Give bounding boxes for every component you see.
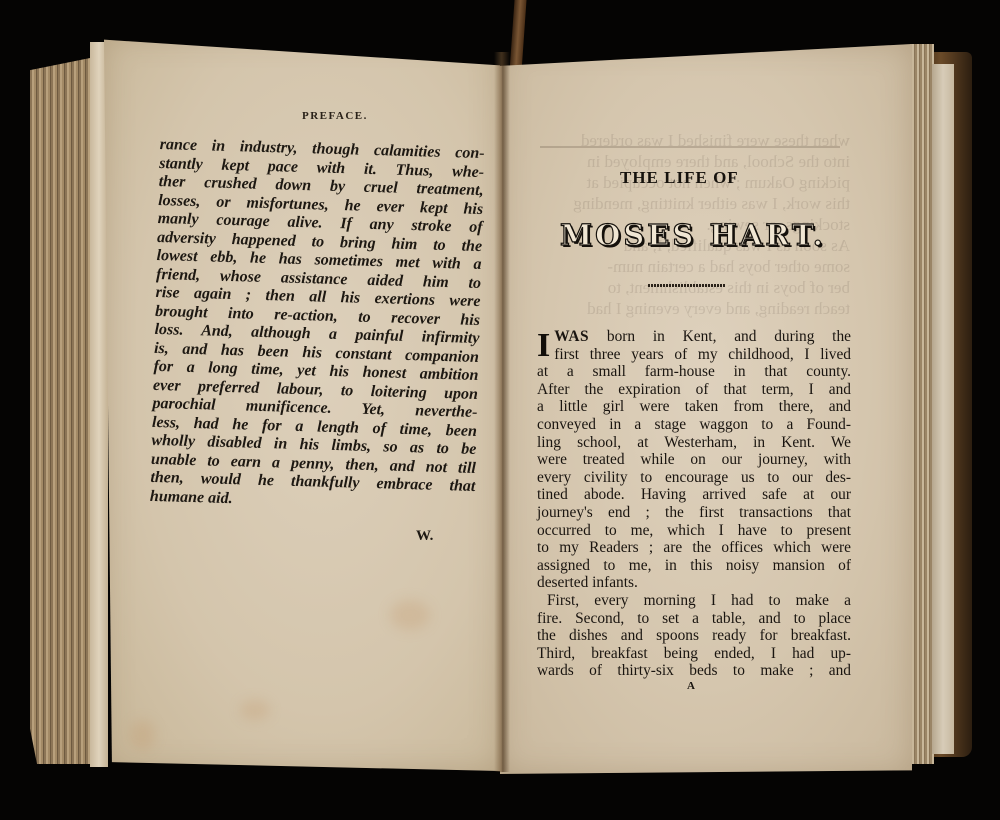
ornamental-rule xyxy=(648,284,726,287)
book-photo: PREFACE. rance in industry, though calam… xyxy=(0,0,1000,820)
text-line: WAS born in Kent, and during the xyxy=(537,328,851,346)
foxing-stain xyxy=(130,720,155,750)
foxing-stain xyxy=(240,700,270,720)
ghost-line: ber of boys in this establishment, to xyxy=(530,277,850,298)
text-line: journey's end ; the first transactions t… xyxy=(537,504,851,522)
text-line: occurred to me, which I have to present xyxy=(537,522,851,540)
text-line: assigned to me, in this noisy mansion of xyxy=(537,557,851,575)
text-fragment: born in Kent, and during the xyxy=(607,328,851,345)
text-line: deserted infants. xyxy=(537,574,851,592)
text-line: a little girl were taken from there, and xyxy=(537,398,851,416)
preface-text: rance in industry, though calamities con… xyxy=(150,136,485,515)
title-the-life-of: THE LIFE OF xyxy=(620,168,739,188)
text-line: Third, breakfast being ended, I had up- xyxy=(537,645,851,663)
first-word: WAS xyxy=(554,328,589,345)
text-line: conveyed in a stage waggon to a Found- xyxy=(537,416,851,434)
running-head: PREFACE. xyxy=(302,110,368,122)
drop-cap: I xyxy=(537,331,550,361)
title-moses-hart: MOSES HART. xyxy=(560,218,826,252)
book-gutter xyxy=(494,52,510,772)
right-page-block-edge xyxy=(910,44,934,764)
text-line: every civility to encourage us to our de… xyxy=(537,469,851,487)
text-line: ling school, at Westerham, in Kent. We xyxy=(537,434,851,452)
flyleaf xyxy=(932,64,954,754)
ghost-line: this work, I was either knitting, mendin… xyxy=(530,193,850,214)
foxing-stain xyxy=(390,600,430,630)
text-line: fire. Second, to set a table, and to pla… xyxy=(537,610,851,628)
text-line: wards of thirty-six beds to make ; and xyxy=(537,662,851,680)
text-line: were treated while on our journey, with xyxy=(537,451,851,469)
bookmark-ribbon xyxy=(509,0,526,72)
text-line: After the expiration of that term, I and xyxy=(537,381,851,399)
text-line: tined abode. Having arrived safe at our xyxy=(537,486,851,504)
signature-mark: A xyxy=(687,680,695,692)
ghost-line: some other boys had a certain num- xyxy=(530,256,850,277)
show-through-rule xyxy=(540,146,840,148)
ghost-line: teach reading, and every evening I had xyxy=(530,298,850,319)
story-text: I WAS born in Kent, and during the first… xyxy=(537,328,851,680)
text-line: First, every morning I had to make a xyxy=(537,592,851,610)
text-line: at a small farm-house in that county. xyxy=(537,363,851,381)
text-line: to my Readers ; are the offices which we… xyxy=(537,539,851,557)
text-line: the dishes and spoons ready for breakfas… xyxy=(537,627,851,645)
text-line: first three years of my childhood, I liv… xyxy=(537,346,851,364)
preface-signature: W. xyxy=(416,528,433,545)
